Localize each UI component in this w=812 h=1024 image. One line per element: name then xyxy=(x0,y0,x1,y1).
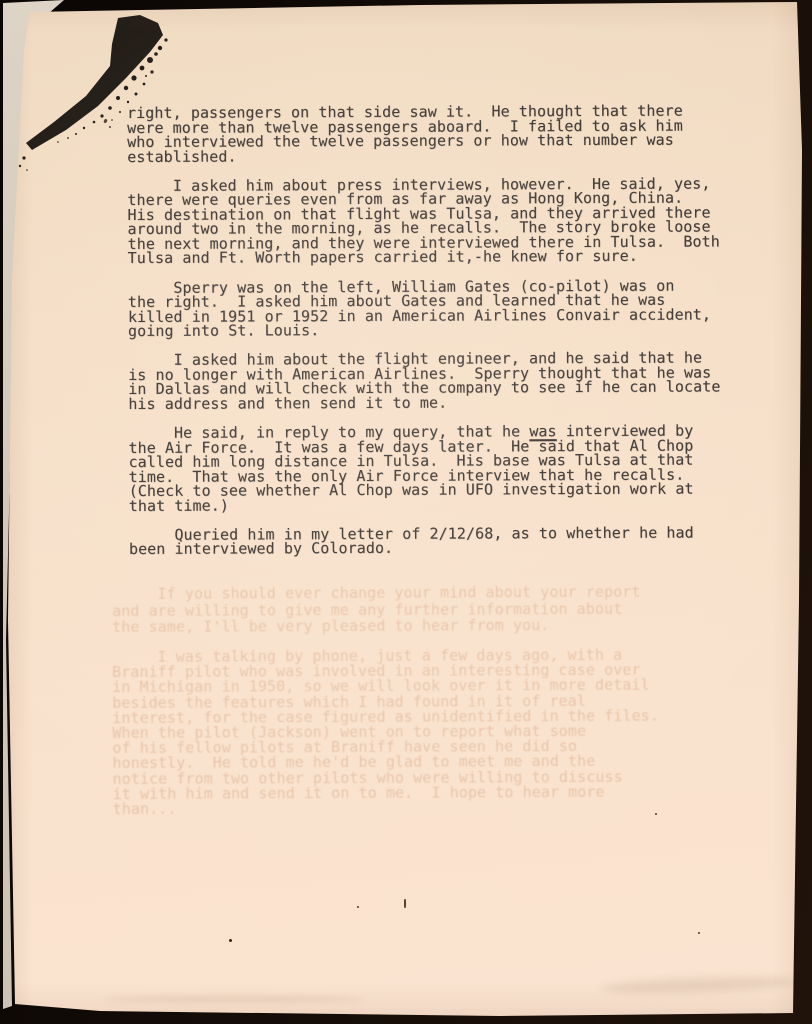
bleedthrough-text-block-1: If you should ever change your mind abou… xyxy=(112,584,641,636)
ink-smudge xyxy=(0,0,200,200)
scanned-letter-photo: If you should ever change your mind abou… xyxy=(0,0,812,1024)
paper-speck xyxy=(229,939,232,942)
paper-speck xyxy=(655,813,657,815)
paper-speck xyxy=(404,899,406,908)
typed-text: right, passengers on that side saw it. H… xyxy=(127,103,721,557)
paper-speck xyxy=(698,932,700,934)
letter-page: If you should ever change your mind abou… xyxy=(0,0,812,1024)
paper-speck xyxy=(357,906,359,908)
paper-smudge xyxy=(600,975,800,996)
bleedthrough-text-block-2: I was talking by phone, just a few days … xyxy=(112,648,659,818)
paper-smudge xyxy=(105,996,365,1002)
paper-speck xyxy=(109,126,111,128)
